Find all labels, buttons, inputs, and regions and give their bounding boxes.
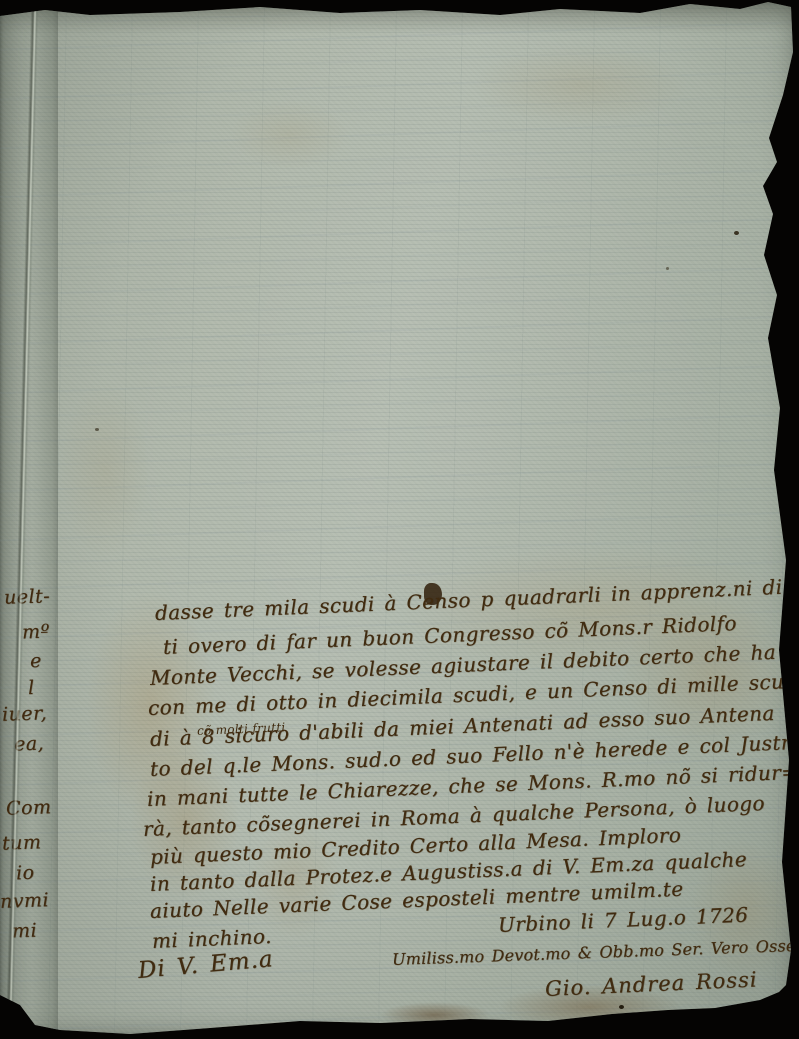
page-fragment-line: nvmi <box>0 889 49 913</box>
page-fragment-line: iuer, <box>2 702 48 726</box>
page-fragment-line: e <box>30 650 43 672</box>
ink-speck <box>619 1005 624 1009</box>
page-fragment-line: io <box>16 862 35 885</box>
ink-speck <box>95 428 99 431</box>
stain <box>380 1002 490 1028</box>
ink-speck <box>734 231 739 235</box>
page-fragment-line: mº <box>22 621 51 644</box>
signature: Gio. Andrea Rossi <box>544 967 758 1001</box>
ink-speck <box>666 267 669 270</box>
manuscript-page: uelt- mº e l iuer, ea, Com tum io nvmi m… <box>0 0 799 1039</box>
page-fragment-line: uelt- <box>4 585 51 609</box>
page-fragment-line: tum <box>2 831 42 854</box>
stain <box>60 380 150 560</box>
scan-background: uelt- mº e l iuer, ea, Com tum io nvmi m… <box>0 0 799 1039</box>
dateline: Urbino li 7 Lug.o 1726 <box>497 903 748 937</box>
stain <box>230 100 350 170</box>
stain <box>470 45 690 125</box>
page-fragment-line: l <box>28 677 35 699</box>
valediction: Umiliss.mo Devot.mo & Obb.mo Ser. Vero O… <box>392 932 799 969</box>
